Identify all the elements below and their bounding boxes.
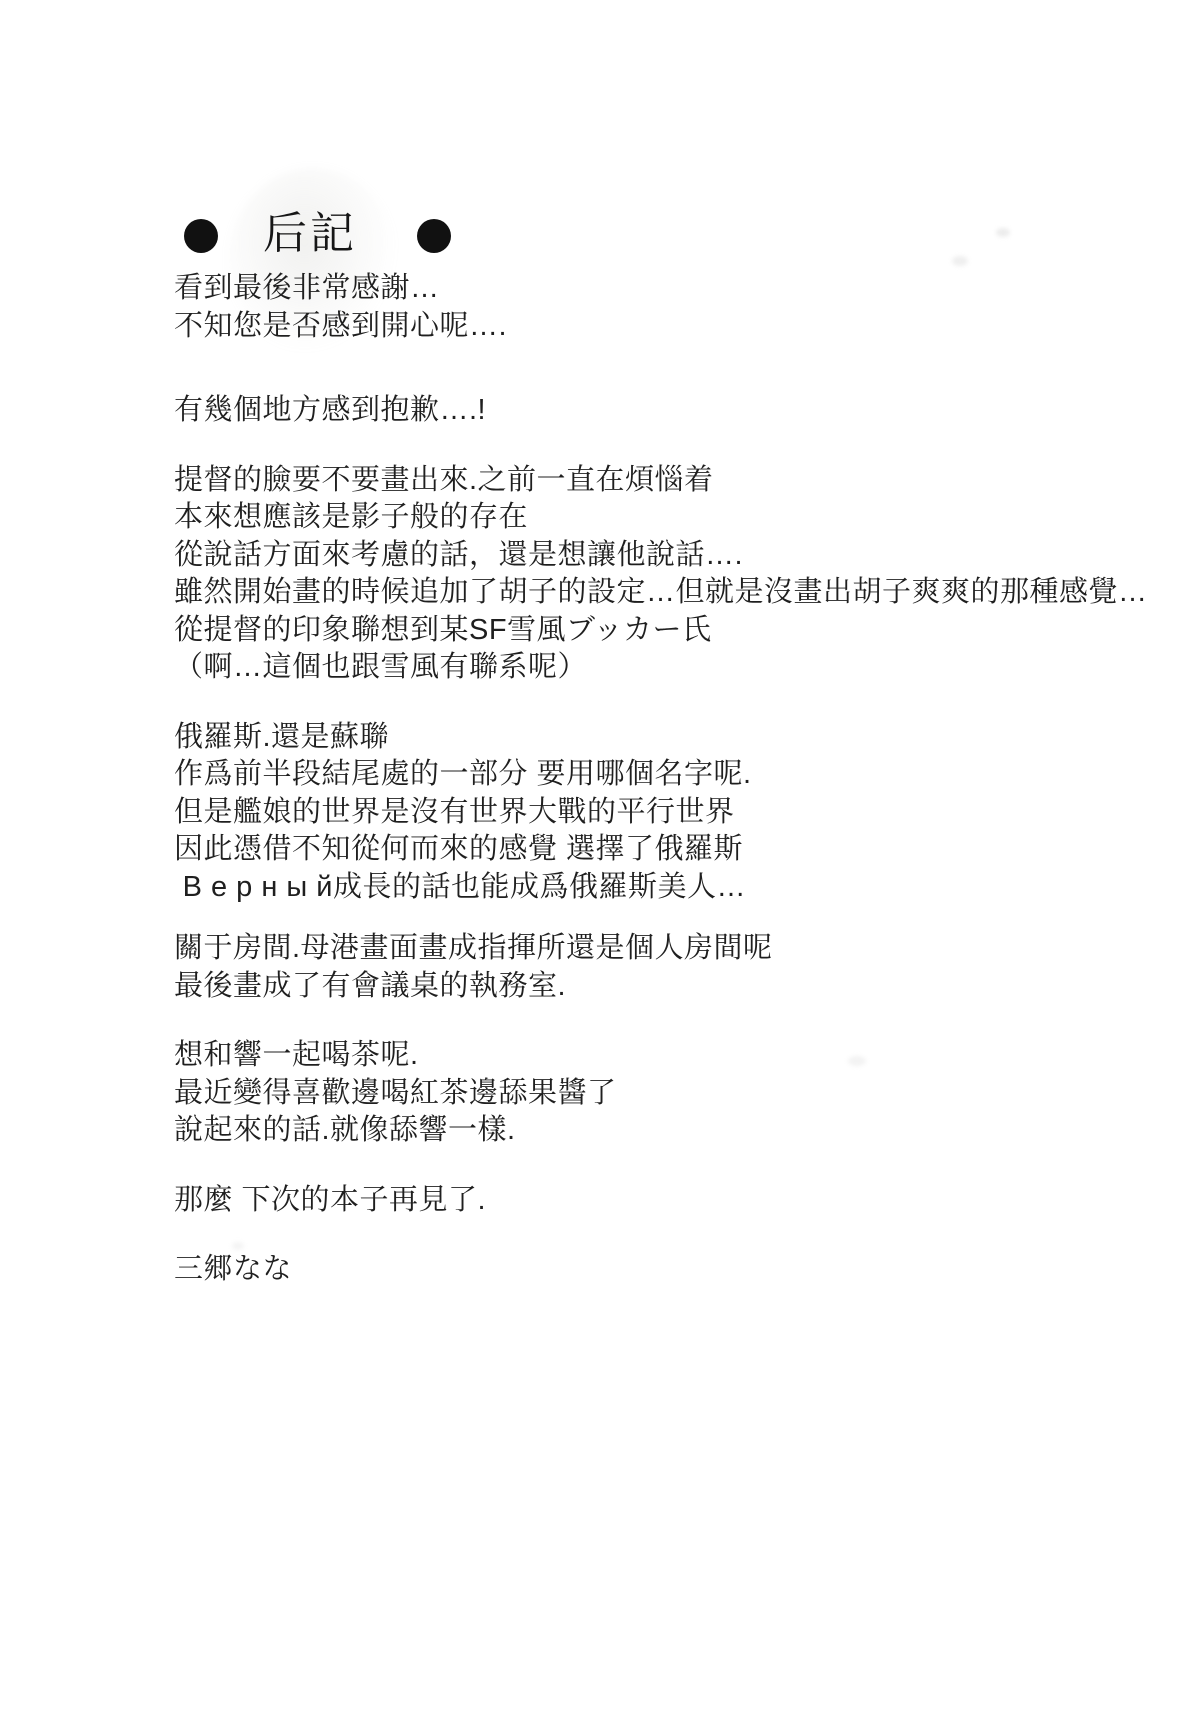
author-signature: 三郷なな	[174, 1251, 1186, 1289]
scan-smudge	[996, 228, 1010, 237]
afterword-page: 后記 看到最後非常感謝… 不知您是否感到開心呢…. 有幾個地方感到抱歉….! 提…	[0, 0, 1200, 1726]
paragraph-russia-or-soviet: 俄羅斯.還是蘇聯 作爲前半段結尾處的一部分 要用哪個名字呢. 但是艦娘的世界是沒…	[174, 719, 1186, 907]
paragraph-tea-with-hibiki: 想和響一起喝茶呢. 最近變得喜歡邊喝紅茶邊舔果醬了 說起來的話.就像舔響一樣.	[174, 1037, 1186, 1150]
page-title: 后記	[263, 211, 357, 257]
bullet-icon	[417, 219, 451, 253]
afterword-body: 看到最後非常感謝… 不知您是否感到開心呢…. 有幾個地方感到抱歉….! 提督的臉…	[174, 270, 1186, 1321]
paragraph-apology: 有幾個地方感到抱歉….!	[174, 392, 1186, 430]
paragraph-admiral-face: 提督的臉要不要畫出來.之前一直在煩惱着 本來想應該是影子般的存在 從說話方面來考…	[174, 462, 1186, 687]
paragraph-closing: 那麼 下次的本子再見了.	[174, 1182, 1186, 1220]
paragraph-thanks: 看到最後非常感謝… 不知您是否感到開心呢….	[174, 270, 1186, 345]
scan-smudge	[952, 256, 968, 266]
paragraph-room: 關于房間.母港畫面畫成指揮所還是個人房間呢 最後畫成了有會議桌的執務室.	[174, 930, 1186, 1005]
bullet-icon	[184, 219, 218, 253]
